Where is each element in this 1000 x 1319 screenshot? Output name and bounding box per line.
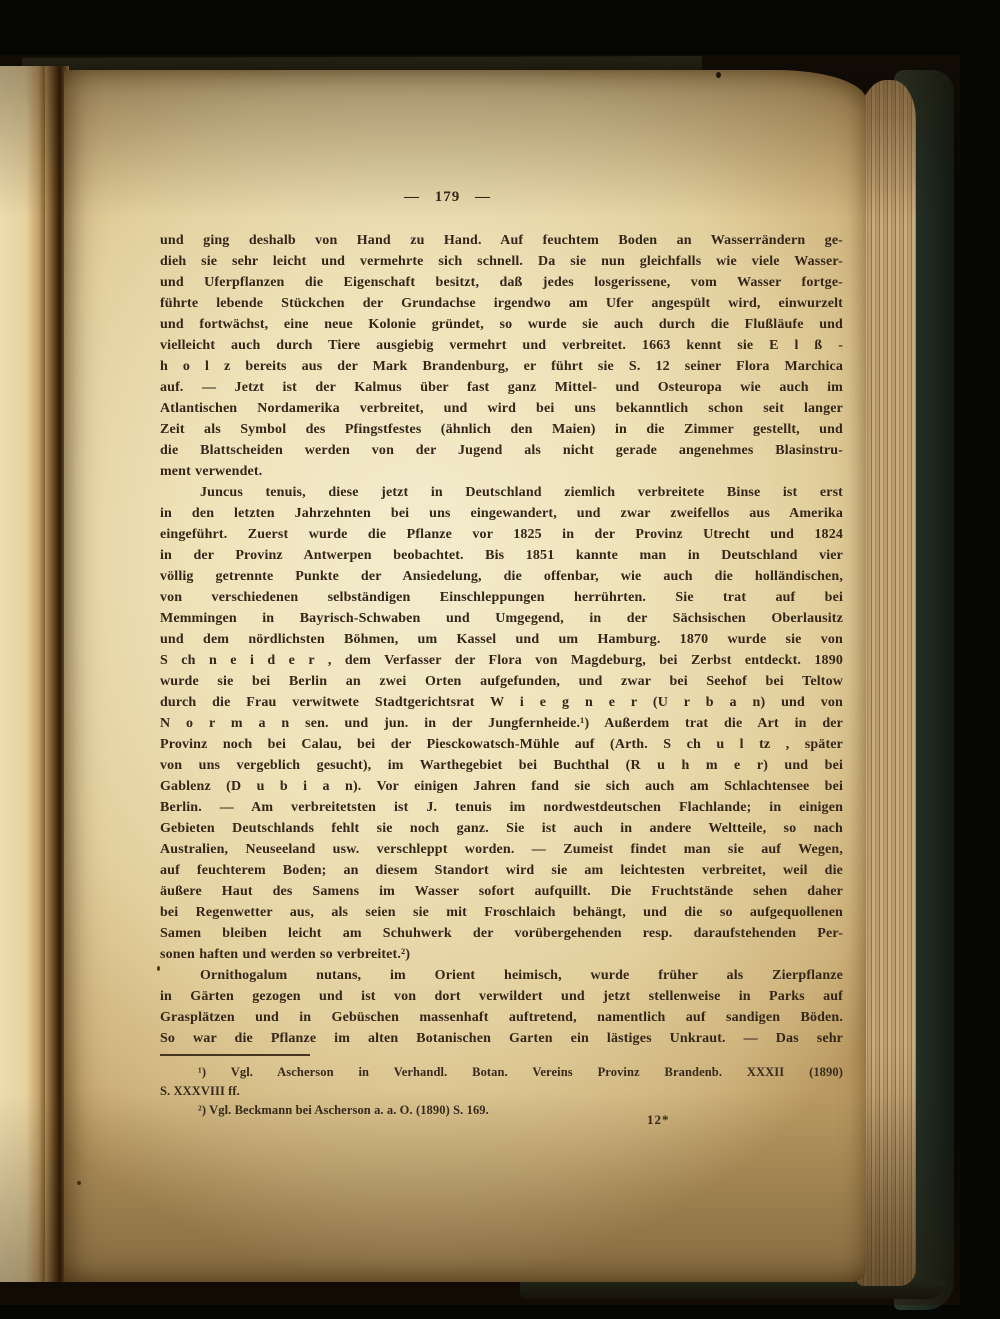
footnote-text: ¹) Vgl. Ascherson in Verhandl. Botan. Ve… [160,1063,843,1120]
signature-mark: 12* [647,1112,670,1128]
text-line: und dem nördlichsten Böhmen, um Kassel u… [160,629,843,650]
book-photo: — 179 — und ging deshalb von Hand zu Han… [0,0,1000,1319]
text-line: Provinz noch bei Calau, bei der Piesckow… [160,734,843,755]
text-line: Samen bleiben leicht am Schuhwerk der vo… [160,923,843,944]
text-line: und fortwächst, eine neue Kolonie gründe… [160,314,843,335]
text-line: auf. — Jetzt ist der Kalmus über fast ga… [160,377,843,398]
text-line: durch die Frau verwitwete Stadtgerichtsr… [160,692,843,713]
text-line: äußere Haut des Samens im Wasser sofort … [160,881,843,902]
text-line: S ch n e i d e r , dem Verfasser der Flo… [160,650,843,671]
text-line: Memmingen in Bayrisch-Schwaben und Umgeg… [160,608,843,629]
text-line: Gebieten Deutschlands fehlt sie noch gan… [160,818,843,839]
text-line: bei Regenwetter aus, als seien sie mit F… [160,902,843,923]
text-line: eingeführt. Zuerst wurde die Pflanze vor… [160,524,843,545]
text-line: von uns vergeblich gesucht), im Warthege… [160,755,843,776]
text-line: und Uferpflanzen die Eigenschaft besitzt… [160,272,843,293]
text-line: und ging deshalb von Hand zu Hand. Auf f… [160,230,843,251]
text-line: So war die Pflanze im alten Botanischen … [160,1028,843,1049]
text-line: Ornithogalum nutans, im Orient heimisch,… [160,965,843,986]
paper-speck [77,1181,81,1185]
text-line: in Gärten gezogen und ist von dort verwi… [160,986,843,1007]
text-line: auf feuchterem Boden; an diesem Standort… [160,860,843,881]
text-column: — 179 — und ging deshalb von Hand zu Han… [160,70,843,1049]
text-line: Australien, Neuseeland usw. verschleppt … [160,839,843,860]
text-line: in den letzten Jahrzehnten bei uns einge… [160,503,843,524]
text-line: ment verwendet. [160,461,843,482]
facing-page-sliver [0,66,47,1282]
text-line: Grasplätzen und in Gebüschen massenhaft … [160,1007,843,1028]
footnote-line: S. XXXVIII ff. [160,1082,843,1101]
paper-speck [716,72,721,78]
paper-speck [157,966,160,971]
text-line: wurde sie bei Berlin an zwei Orten aufge… [160,671,843,692]
text-line: von verschiedenen selbständigen Einschle… [160,587,843,608]
text-line: N o r m a n sen. und jun. in der Jungfer… [160,713,843,734]
text-line: Berlin. — Am verbreitetsten ist J. tenui… [160,797,843,818]
text-line: vielleicht auch durch Tiere ausgiebig ve… [160,335,843,356]
text-line: führte lebende Stückchen der Grundachse … [160,293,843,314]
footnotes-section: ¹) Vgl. Ascherson in Verhandl. Botan. Ve… [160,1054,843,1120]
text-line: sonen haften und werden so verbreitet.²) [160,944,843,965]
footnote-line: ²) Vgl. Beckmann bei Ascherson a. a. O. … [160,1101,843,1120]
text-line: in der Provinz Antwerpen beobachtet. Bis… [160,545,843,566]
body-text: und ging deshalb von Hand zu Hand. Auf f… [160,230,843,1049]
footnote-line: ¹) Vgl. Ascherson in Verhandl. Botan. Ve… [160,1063,843,1082]
text-line: die Blattscheiden werden von der Jugend … [160,440,843,461]
text-line: Gablenz (D u b i a n). Vor einigen Jahre… [160,776,843,797]
text-line: Juncus tenuis, diese jetzt in Deutschlan… [160,482,843,503]
page-number: — 179 — [106,186,789,208]
text-line: dieh sie sehr leicht und vermehrte sich … [160,251,843,272]
text-line: h o l z bereits aus der Mark Brandenburg… [160,356,843,377]
text-line: Atlantischen Nordamerika verbreitet, und… [160,398,843,419]
text-line: völlig getrennte Punkte der Ansiedelung,… [160,566,843,587]
book-page: — 179 — und ging deshalb von Hand zu Han… [64,70,866,1282]
footnote-separator-rule [160,1054,310,1056]
text-line: Zeit als Symbol des Pfingstfestes (ähnli… [160,419,843,440]
